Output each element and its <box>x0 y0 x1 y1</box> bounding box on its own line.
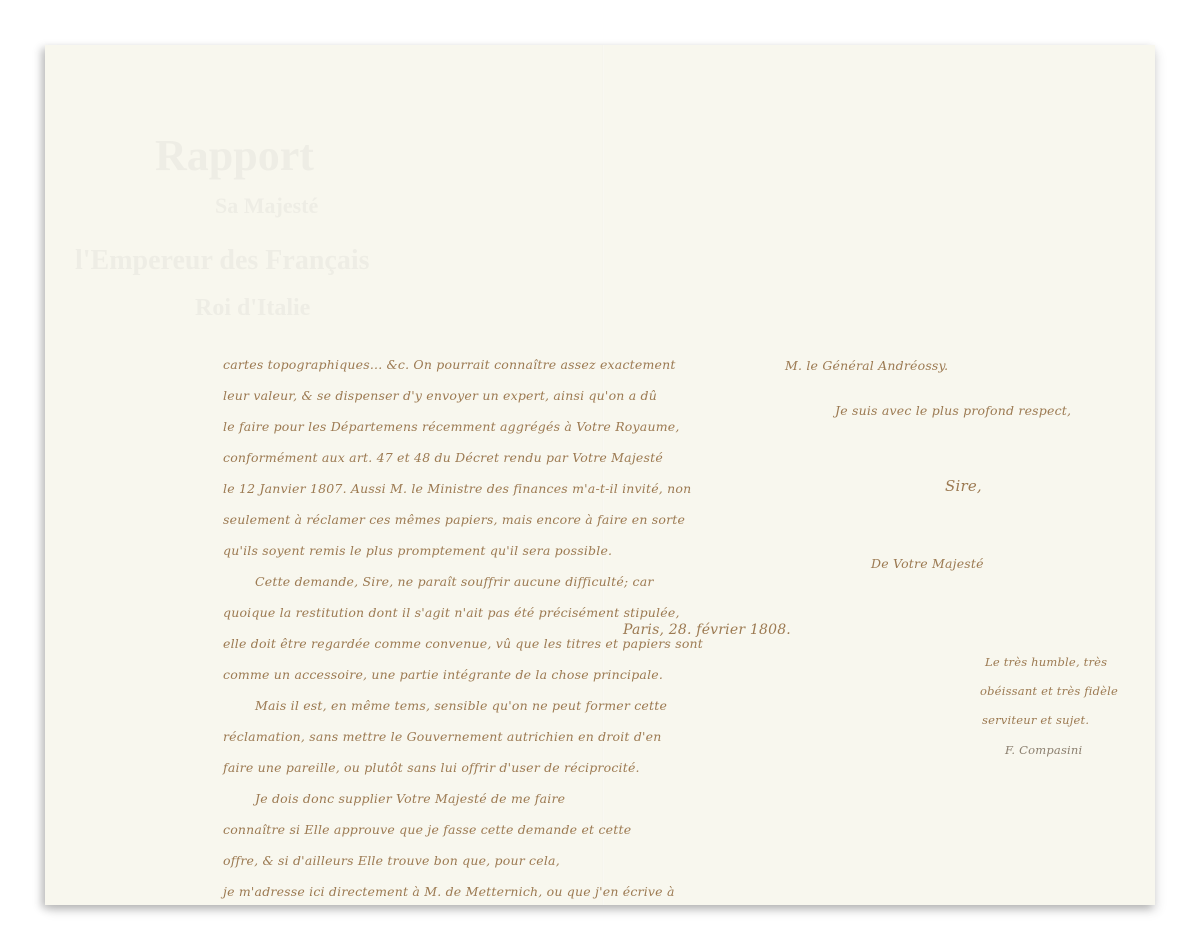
letter-line: quoique la restitution dont il s'agit n'… <box>223 605 680 620</box>
letter-line: réclamation, sans mettre le Gouvernement… <box>223 729 662 744</box>
letter-sheet: Rapport Sa Majesté l'Empereur des França… <box>45 45 1155 905</box>
sign-off-line: Le très humble, très <box>985 655 1107 669</box>
letter-line: seulement à réclamer ces mêmes papiers, … <box>223 512 685 527</box>
bleed-through-line-2: Sa Majesté <box>215 193 318 219</box>
letter-line: faire une pareille, ou plutôt sans lui o… <box>223 760 640 775</box>
bleed-through-line-3: l'Empereur des Français <box>75 245 370 277</box>
recipient-line: M. le Général Andréossy. <box>785 358 948 373</box>
signature: F. Compasini <box>1005 743 1082 757</box>
letter-line: conformément aux art. 47 et 48 du Décret… <box>223 450 663 465</box>
bleed-through-line-4: Roi d'Italie <box>195 295 310 322</box>
letter-line: je m'adresse ici directement à M. de Met… <box>223 884 675 899</box>
letter-line: offre, & si d'ailleurs Elle trouve bon q… <box>223 853 560 868</box>
sign-off-line: obéissant et très fidèle <box>980 684 1118 698</box>
place-date: Paris, 28. février 1808. <box>623 622 791 638</box>
letter-line: elle doit être regardée comme convenue, … <box>223 636 703 651</box>
letter-line: connaître si Elle approuve que je fasse … <box>223 822 631 837</box>
letter-line: comme un accessoire, une partie intégran… <box>223 667 663 682</box>
letter-line: Mais il est, en même tems, sensible qu'o… <box>255 698 667 713</box>
letter-line: Je dois donc supplier Votre Majesté de m… <box>255 791 565 806</box>
letter-line: Cette demande, Sire, ne paraît souffrir … <box>255 574 654 589</box>
closing-line: Je suis avec le plus profond respect, <box>835 403 1071 418</box>
page-fold <box>602 45 604 905</box>
letter-line: qu'ils soyent remis le plus promptement … <box>223 543 612 558</box>
letter-line: le 12 Janvier 1807. Aussi M. le Ministre… <box>223 481 691 496</box>
letter-line: leur valeur, & se dispenser d'y envoyer … <box>223 388 657 403</box>
sign-off-line: serviteur et sujet. <box>982 713 1089 727</box>
of-majesty: De Votre Majesté <box>871 556 984 571</box>
salutation: Sire, <box>945 477 982 495</box>
letter-line: cartes topographiques... &c. On pourrait… <box>223 357 676 372</box>
letter-line: le faire pour les Départemens récemment … <box>223 419 680 434</box>
bleed-through-title: Rapport <box>155 130 314 181</box>
